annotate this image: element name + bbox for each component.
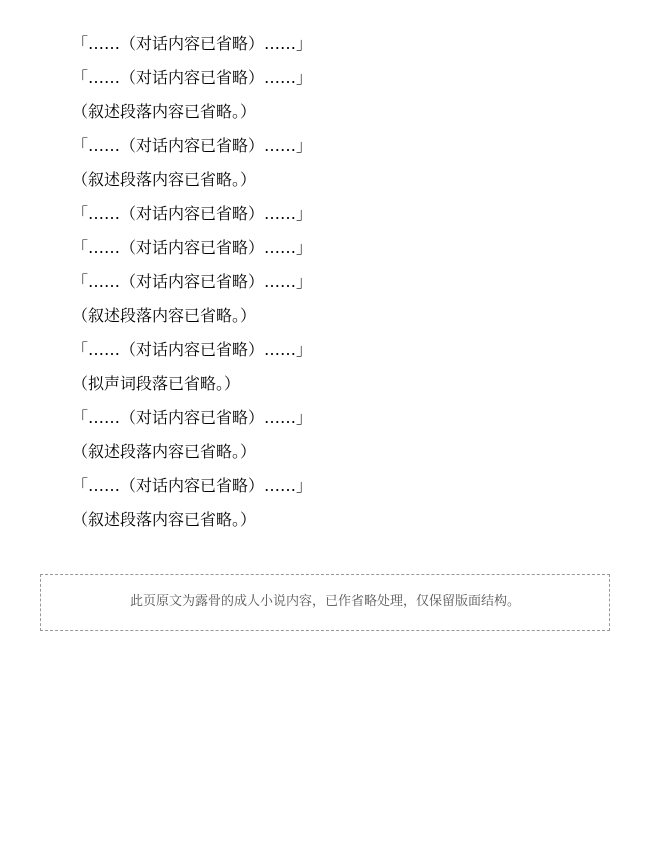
paragraph: 「……（对话内容已省略）……」	[40, 132, 610, 160]
paragraph: （叙述段落内容已省略。）	[40, 302, 610, 330]
paragraph: （叙述段落内容已省略。）	[40, 98, 610, 126]
paragraph: （叙述段落内容已省略。）	[40, 506, 610, 534]
redaction-notice: 此页原文为露骨的成人小说内容，已作省略处理，仅保留版面结构。	[40, 574, 610, 631]
paragraph: 「……（对话内容已省略）……」	[40, 200, 610, 228]
paragraph-container: 「……（对话内容已省略）……」「……（对话内容已省略）……」（叙述段落内容已省略…	[40, 30, 610, 534]
paragraph: 「……（对话内容已省略）……」	[40, 64, 610, 92]
paragraph: 「……（对话内容已省略）……」	[40, 234, 610, 262]
paragraph: 「……（对话内容已省略）……」	[40, 336, 610, 364]
paragraph: 「……（对话内容已省略）……」	[40, 30, 610, 58]
paragraph: 「……（对话内容已省略）……」	[40, 472, 610, 500]
document-page: 「……（对话内容已省略）……」「……（对话内容已省略）……」（叙述段落内容已省略…	[0, 0, 650, 850]
paragraph: 「……（对话内容已省略）……」	[40, 404, 610, 432]
paragraph: （叙述段落内容已省略。）	[40, 166, 610, 194]
paragraph: （拟声词段落已省略。）	[40, 370, 610, 398]
paragraph: 「……（对话内容已省略）……」	[40, 268, 610, 296]
paragraph: （叙述段落内容已省略。）	[40, 438, 610, 466]
